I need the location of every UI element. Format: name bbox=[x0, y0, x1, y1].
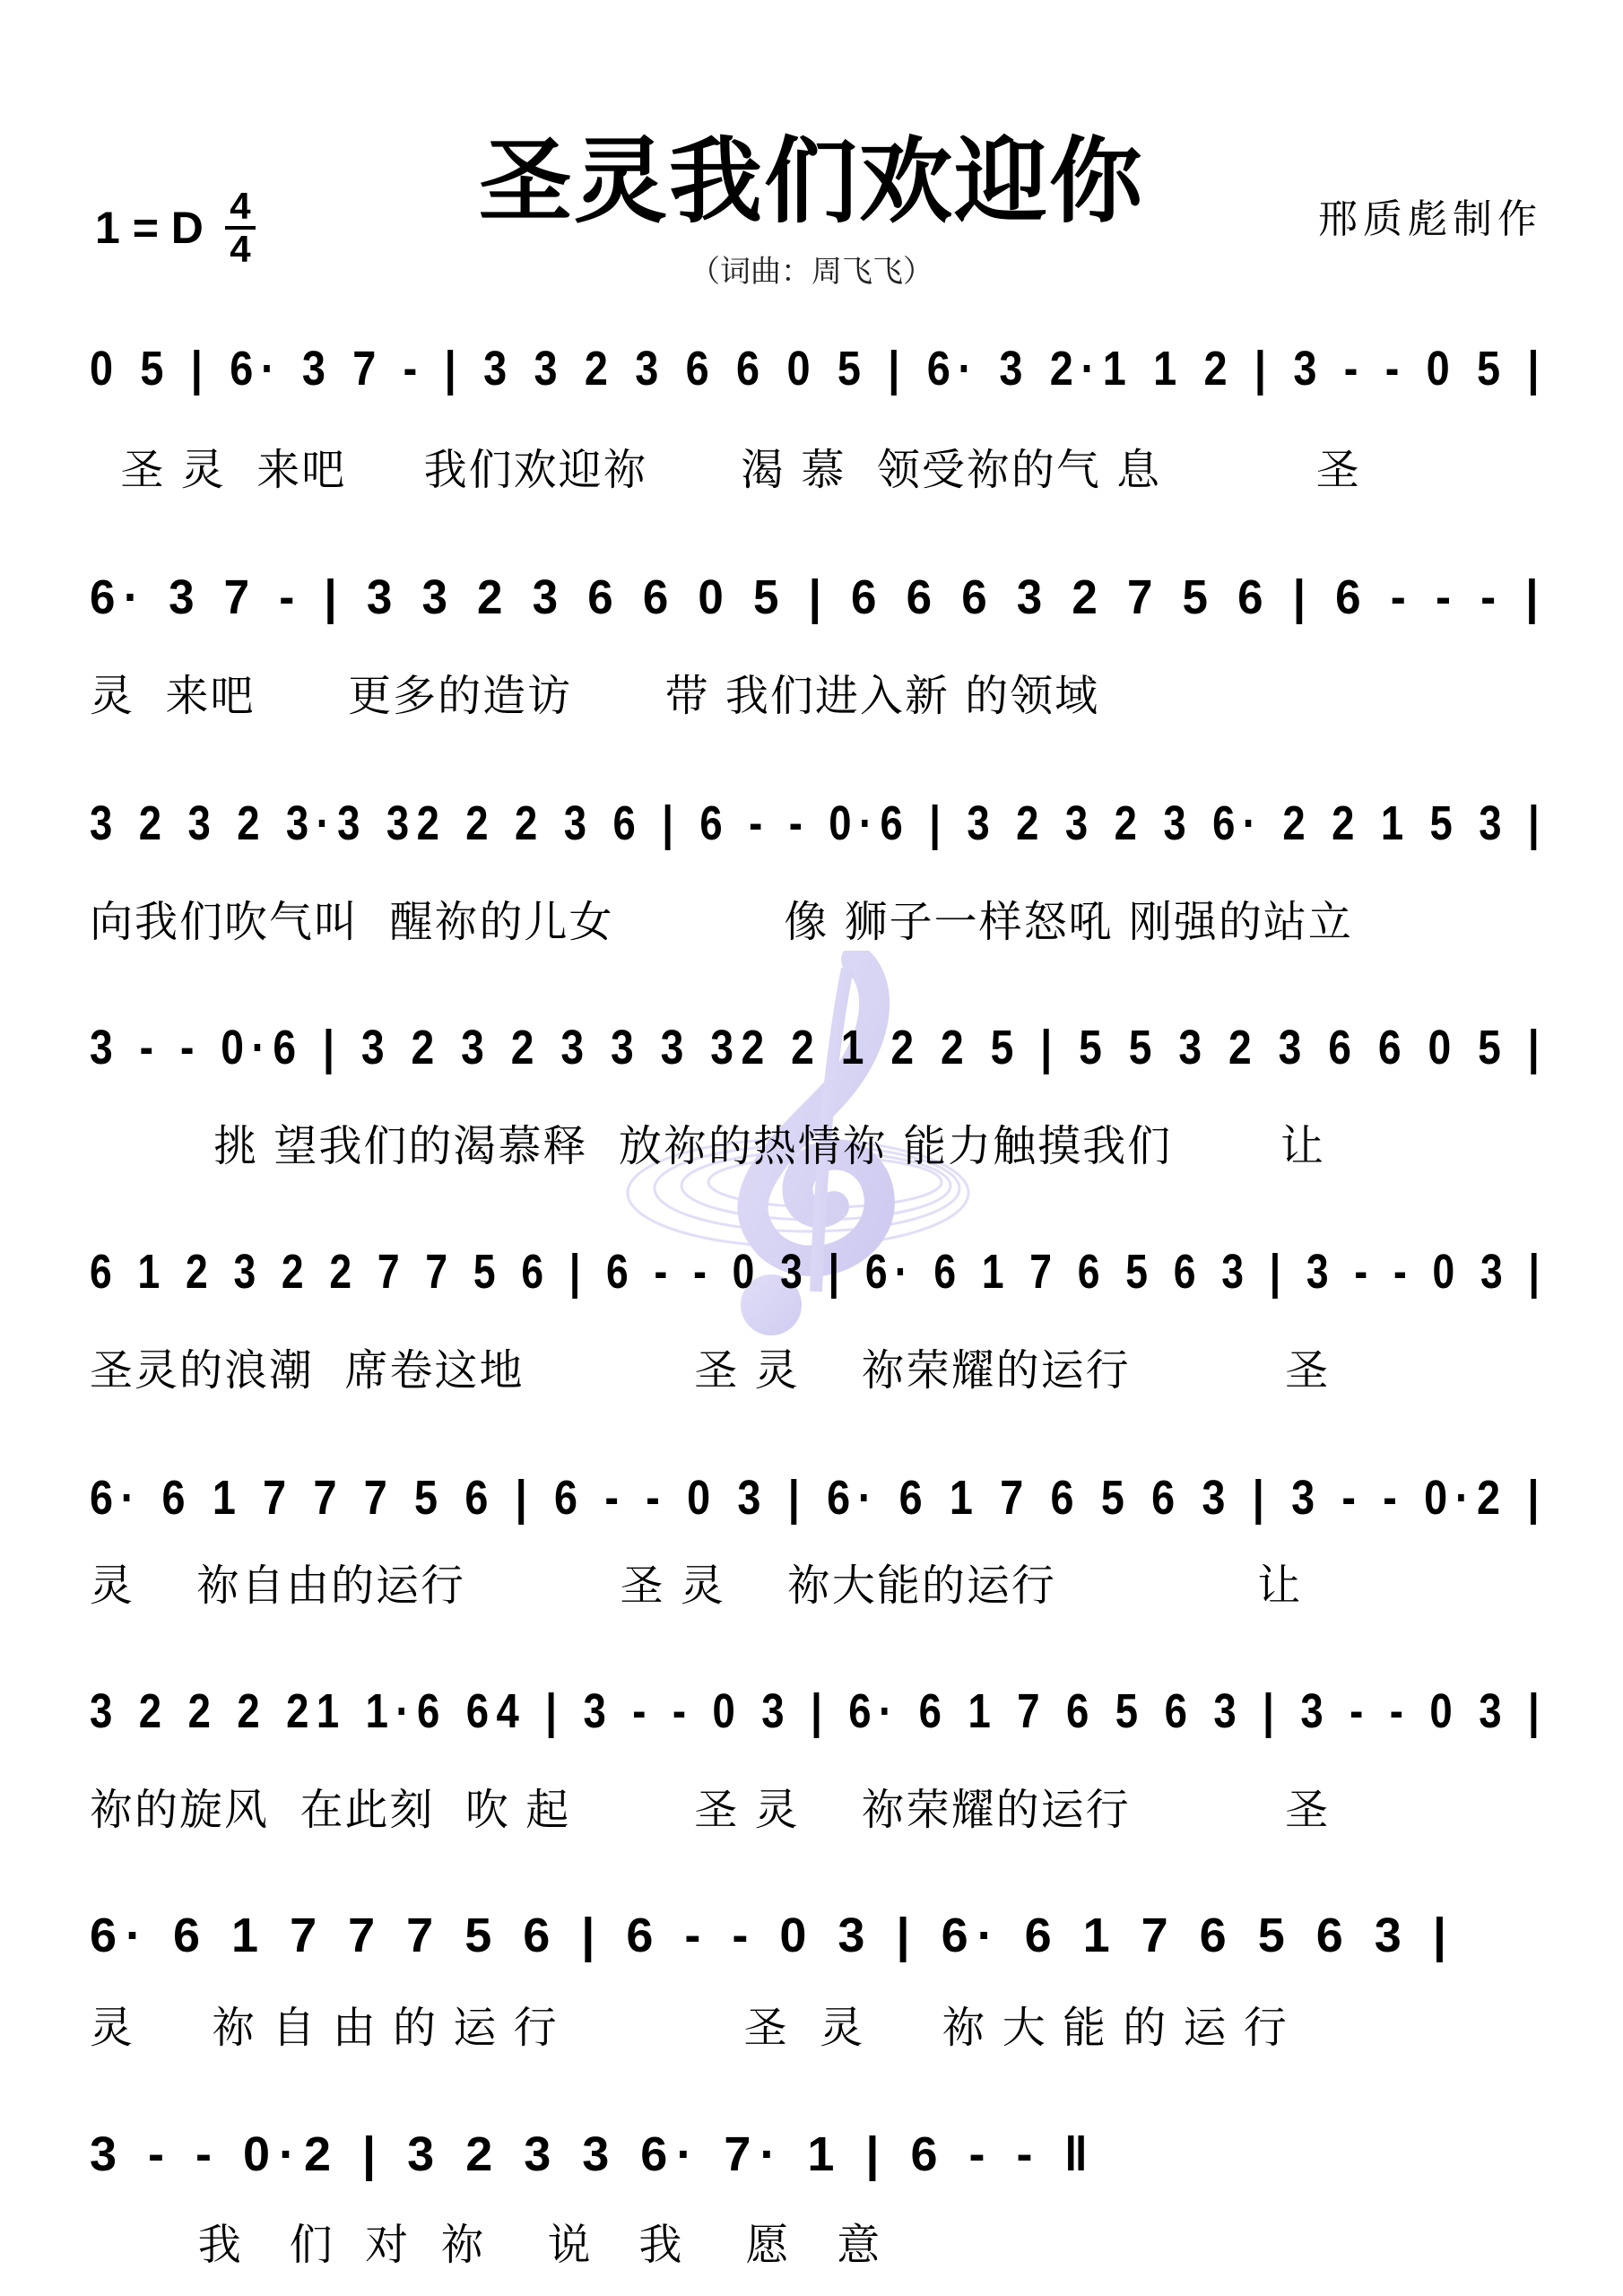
notation: 6· 6 1 7 7 7 5 6 | 6 - - 0 3 | 6· 6 1 7 … bbox=[90, 1908, 1547, 2006]
notation: 6· 3 7 - | 3 3 2 3 6 6 0 5 | 6 6 6 3 2 7… bbox=[90, 570, 1470, 668]
score-line-8: 6· 6 1 7 7 7 5 6 | 6 - - 0 3 | 6· 6 1 7 … bbox=[90, 1908, 1547, 2006]
lyrics-line-9: 我 们 对 祢 说 我 愿 意 bbox=[90, 2210, 881, 2272]
lyrics-line-3: 向我们吹气叫 醒祢的儿女 像 狮子一样怒吼 刚强的站立 bbox=[90, 887, 1353, 949]
notation: 0 5 | 6· 3 7 - | 3 3 2 3 6 6 0 5 | 6· 3 … bbox=[90, 341, 1353, 439]
author-credit: 邢质彪制作 bbox=[1318, 187, 1542, 244]
score-line-5: 6 1 2 3 2 2 7 7 5 6 | 6 - - 0 3 | 6· 6 1… bbox=[90, 1244, 1547, 1343]
score-line-2: 6· 3 7 - | 3 3 2 3 6 6 0 5 | 6 6 6 3 2 7… bbox=[90, 570, 1547, 668]
lyrics-line-7: 祢的旋风 在此刻 吹 起 圣 灵 祢荣耀的运行 圣 bbox=[90, 1775, 1330, 1837]
lyrics-line-1: 圣 灵 来吧 我们欢迎祢 渴 慕 领受祢的气 息 圣 bbox=[90, 435, 1361, 497]
time-signature-top: 4 bbox=[230, 188, 250, 224]
lyrics-line-5: 圣灵的浪潮 席卷这地 圣 灵 祢荣耀的运行 圣 bbox=[90, 1335, 1330, 1397]
notation: 3 2 2 2 21 1·6 64 | 3 - - 0 3 | 6· 6 1 7… bbox=[90, 1683, 1317, 1782]
notation: 3 2 3 2 3·3 32 2 2 3 6 | 6 - - 0·6 | 3 2… bbox=[90, 796, 1315, 894]
notation: 6 1 2 3 2 2 7 7 5 6 | 6 - - 0 3 | 6· 6 1… bbox=[90, 1244, 1288, 1343]
lyrics-line-8: 灵 祢 自 由 的 运 行 圣 灵 祢 大 能 的 运 行 bbox=[90, 1993, 1289, 2055]
lyrics-line-6: 灵 祢自由的运行 圣 灵 祢大能的运行 让 bbox=[90, 1551, 1302, 1613]
score-line-4: 3 - - 0·6 | 3 2 3 2 3 3 3 32 2 1 2 2 5 |… bbox=[90, 1020, 1547, 1118]
composer-credit: （词曲：周飞飞） bbox=[0, 247, 1623, 291]
score-line-1: 0 5 | 6· 3 7 - | 3 3 2 3 6 6 0 5 | 6· 3 … bbox=[90, 341, 1547, 439]
score-line-7: 3 2 2 2 21 1·6 64 | 3 - - 0 3 | 6· 6 1 7… bbox=[90, 1683, 1547, 1782]
notation: 3 - - 0·6 | 3 2 3 2 3 3 3 32 2 1 2 2 5 |… bbox=[90, 1020, 1336, 1118]
lyrics-line-2: 灵 来吧 更多的造访 带 我们进入新 的领域 bbox=[90, 661, 1099, 723]
lyrics-line-4: 挑 望我们的渴慕释 放祢的热情祢 能力触摸我们 让 bbox=[90, 1111, 1325, 1173]
score-line-3: 3 2 3 2 3·3 32 2 2 3 6 | 6 - - 0·6 | 3 2… bbox=[90, 796, 1547, 894]
